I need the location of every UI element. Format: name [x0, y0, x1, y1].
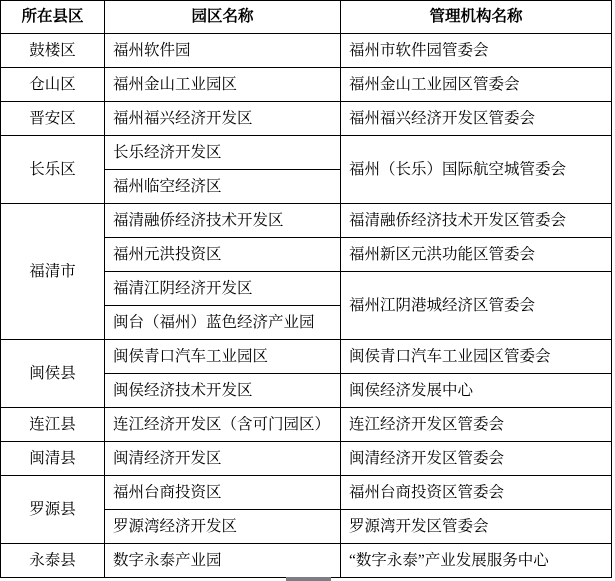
table-row: 鼓楼区福州软件园福州市软件园管委会	[1, 34, 612, 68]
park-cell: 福州金山工业园区	[105, 68, 341, 102]
district-cell: 鼓楼区	[1, 34, 105, 68]
table-row: 仓山区福州金山工业园区福州金山工业园区管委会	[1, 68, 612, 102]
column-header-organization: 管理机构名称	[341, 1, 612, 34]
organization-cell: 闽清经济开发区管委会	[341, 442, 612, 476]
organization-cell: 连江经济开发区管委会	[341, 408, 612, 442]
table-row: 晋安区福州福兴经济开发区福州福兴经济开发区管委会	[1, 102, 612, 136]
park-cell: 连江经济开发区（含可门园区）	[105, 408, 341, 442]
organization-cell: 福州新区元洪功能区管委会	[341, 238, 612, 272]
organization-cell: 福清融侨经济技术开发区管委会	[341, 204, 612, 238]
table-row: 连江县连江经济开发区（含可门园区）连江经济开发区管委会	[1, 408, 612, 442]
table-row: 闽侯县闽侯青口汽车工业园区闽侯青口汽车工业园区管委会	[1, 340, 612, 374]
district-cell: 长乐区	[1, 136, 105, 204]
organization-cell: 福州江阴港城经济区管委会	[341, 272, 612, 340]
district-cell: 福清市	[1, 204, 105, 340]
district-cell: 闽侯县	[1, 340, 105, 408]
organization-cell: 福州福兴经济开发区管委会	[341, 102, 612, 136]
column-header-park: 园区名称	[105, 1, 341, 34]
organization-cell: “数字永泰”产业发展服务中心	[341, 544, 612, 578]
district-cell: 仓山区	[1, 68, 105, 102]
park-cell: 闽台（福州）蓝色经济产业园	[105, 306, 341, 340]
park-cell: 福清融侨经济技术开发区	[105, 204, 341, 238]
table-row: 永泰县数字永泰产业园“数字永泰”产业发展服务中心	[1, 544, 612, 578]
organization-cell: 福州市软件园管委会	[341, 34, 612, 68]
organization-cell: 罗源湾开发区管委会	[341, 510, 612, 544]
district-cell: 永泰县	[1, 544, 105, 578]
organization-cell: 福州台商投资区管委会	[341, 476, 612, 510]
park-cell: 福州软件园	[105, 34, 341, 68]
table-body: 鼓楼区福州软件园福州市软件园管委会仓山区福州金山工业园区福州金山工业园区管委会晋…	[1, 34, 612, 578]
table-row: 罗源县福州台商投资区福州台商投资区管委会	[1, 476, 612, 510]
park-cell: 闽清经济开发区	[105, 442, 341, 476]
district-cell: 连江县	[1, 408, 105, 442]
park-cell: 福州临空经济区	[105, 170, 341, 204]
park-cell: 罗源湾经济开发区	[105, 510, 341, 544]
district-cell: 闽清县	[1, 442, 105, 476]
district-cell: 罗源县	[1, 476, 105, 544]
table-row: 长乐区长乐经济开发区福州（长乐）国际航空城管委会	[1, 136, 612, 170]
park-cell: 福州元洪投资区	[105, 238, 341, 272]
table-row: 闽清县闽清经济开发区闽清经济开发区管委会	[1, 442, 612, 476]
organization-cell: 闽侯青口汽车工业园区管委会	[341, 340, 612, 374]
park-cell: 闽侯经济技术开发区	[105, 374, 341, 408]
district-cell: 晋安区	[1, 102, 105, 136]
column-header-district: 所在县区	[1, 1, 105, 34]
park-cell: 福清江阴经济开发区	[105, 272, 341, 306]
park-cell: 福州台商投资区	[105, 476, 341, 510]
park-cell: 闽侯青口汽车工业园区	[105, 340, 341, 374]
organization-cell: 闽侯经济发展中心	[341, 374, 612, 408]
park-cell: 数字永泰产业园	[105, 544, 341, 578]
organization-cell: 福州金山工业园区管委会	[341, 68, 612, 102]
table-row: 福清市福清融侨经济技术开发区福清融侨经济技术开发区管委会	[1, 204, 612, 238]
page: { "table": { "headers": ["所在县区", "园区名称",…	[0, 0, 615, 581]
scrollbar-thumb[interactable]	[286, 577, 331, 581]
industrial-parks-table: 所在县区 园区名称 管理机构名称 鼓楼区福州软件园福州市软件园管委会仓山区福州金…	[0, 0, 612, 578]
park-cell: 福州福兴经济开发区	[105, 102, 341, 136]
header-row: 所在县区 园区名称 管理机构名称	[1, 1, 612, 34]
park-cell: 长乐经济开发区	[105, 136, 341, 170]
organization-cell: 福州（长乐）国际航空城管委会	[341, 136, 612, 204]
